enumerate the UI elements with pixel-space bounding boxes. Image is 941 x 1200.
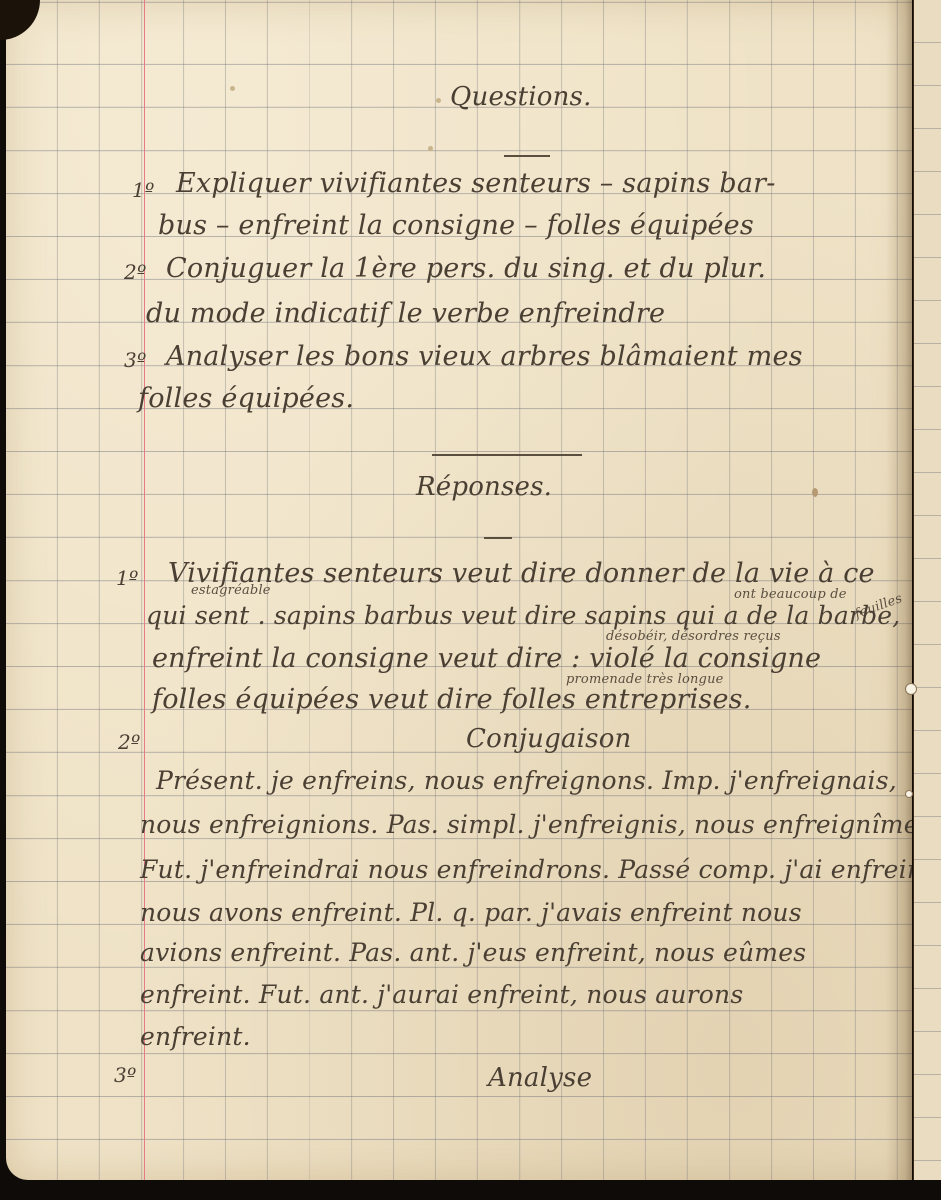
divider-rule: [432, 454, 582, 456]
question-2-line-1: Conjuguer la 1ère pers. du sing. et du p…: [166, 255, 766, 282]
question-3-line-2: folles équipées.: [138, 385, 354, 412]
paper-spot: [230, 86, 235, 91]
binding-stitch-hole: [905, 683, 917, 695]
analyse-heading: Analyse: [488, 1065, 592, 1091]
adjacent-page-edge: [913, 0, 941, 1180]
answer-1-line-1: Vivifiantes senteurs veut dire donner de…: [168, 560, 875, 587]
question-3-number: 3º: [124, 350, 147, 370]
answer-1-line-3: enfreint la consigne veut dire : violé l…: [152, 645, 821, 672]
annotation-est-agreable: estagréable: [191, 584, 271, 597]
notebook-page: Questions. 1º Expliquer vivifiantes sent…: [6, 0, 912, 1180]
questions-heading: Questions.: [450, 84, 592, 110]
conjugation-line-6: enfreint. Fut. ant. j'aurai enfreint, no…: [140, 982, 743, 1007]
answers-heading: Réponses.: [416, 474, 552, 500]
question-1-line-1: Expliquer vivifiantes senteurs – sapins …: [176, 170, 776, 197]
paper-spot: [812, 488, 818, 497]
answer-3-number: 3º: [114, 1065, 137, 1085]
annotation-desobeir: désobéir, désordres reçus: [606, 630, 781, 643]
divider-rule: [484, 537, 512, 539]
conjugation-line-4: nous avons enfreint. Pl. q. par. j'avais…: [140, 900, 802, 925]
binding-stitch-hole: [905, 790, 913, 798]
answer-1-line-2: qui sent . sapins barbus veut dire sapin…: [146, 603, 900, 628]
conjugaison-heading: Conjugaison: [466, 726, 632, 752]
question-1-number: 1º: [132, 180, 155, 200]
conjugation-line-1: Présent. je enfreins, nous enfreignons. …: [156, 768, 897, 793]
answer-2-number: 2º: [118, 732, 141, 752]
annotation-ont-beaucoup-de: ont beaucoup de: [734, 588, 847, 601]
conjugation-line-5: avions enfreint. Pas. ant. j'eus enfrein…: [140, 940, 806, 965]
binding-gutter-shadow: [886, 0, 912, 1180]
question-1-line-2: bus – enfreint la consigne – folles équi…: [158, 212, 754, 239]
conjugation-line-3: Fut. j'enfreindrai nous enfreindrons. Pa…: [140, 857, 912, 882]
answer-1-line-4: folles équipées veut dire folles entrepr…: [152, 686, 751, 713]
question-2-number: 2º: [124, 262, 147, 282]
conjugation-line-7: enfreint.: [140, 1024, 251, 1049]
divider-rule: [504, 155, 550, 157]
paper-spot: [428, 146, 433, 151]
conjugation-line-2: nous enfreignions. Pas. simpl. j'enfreig…: [140, 812, 912, 837]
answer-1-number: 1º: [116, 568, 139, 588]
question-3-line-1: Analyser les bons vieux arbres blâmaient…: [166, 343, 803, 370]
paper-spot: [436, 98, 441, 103]
question-2-line-2: du mode indicatif le verbe enfreindre: [146, 300, 665, 327]
